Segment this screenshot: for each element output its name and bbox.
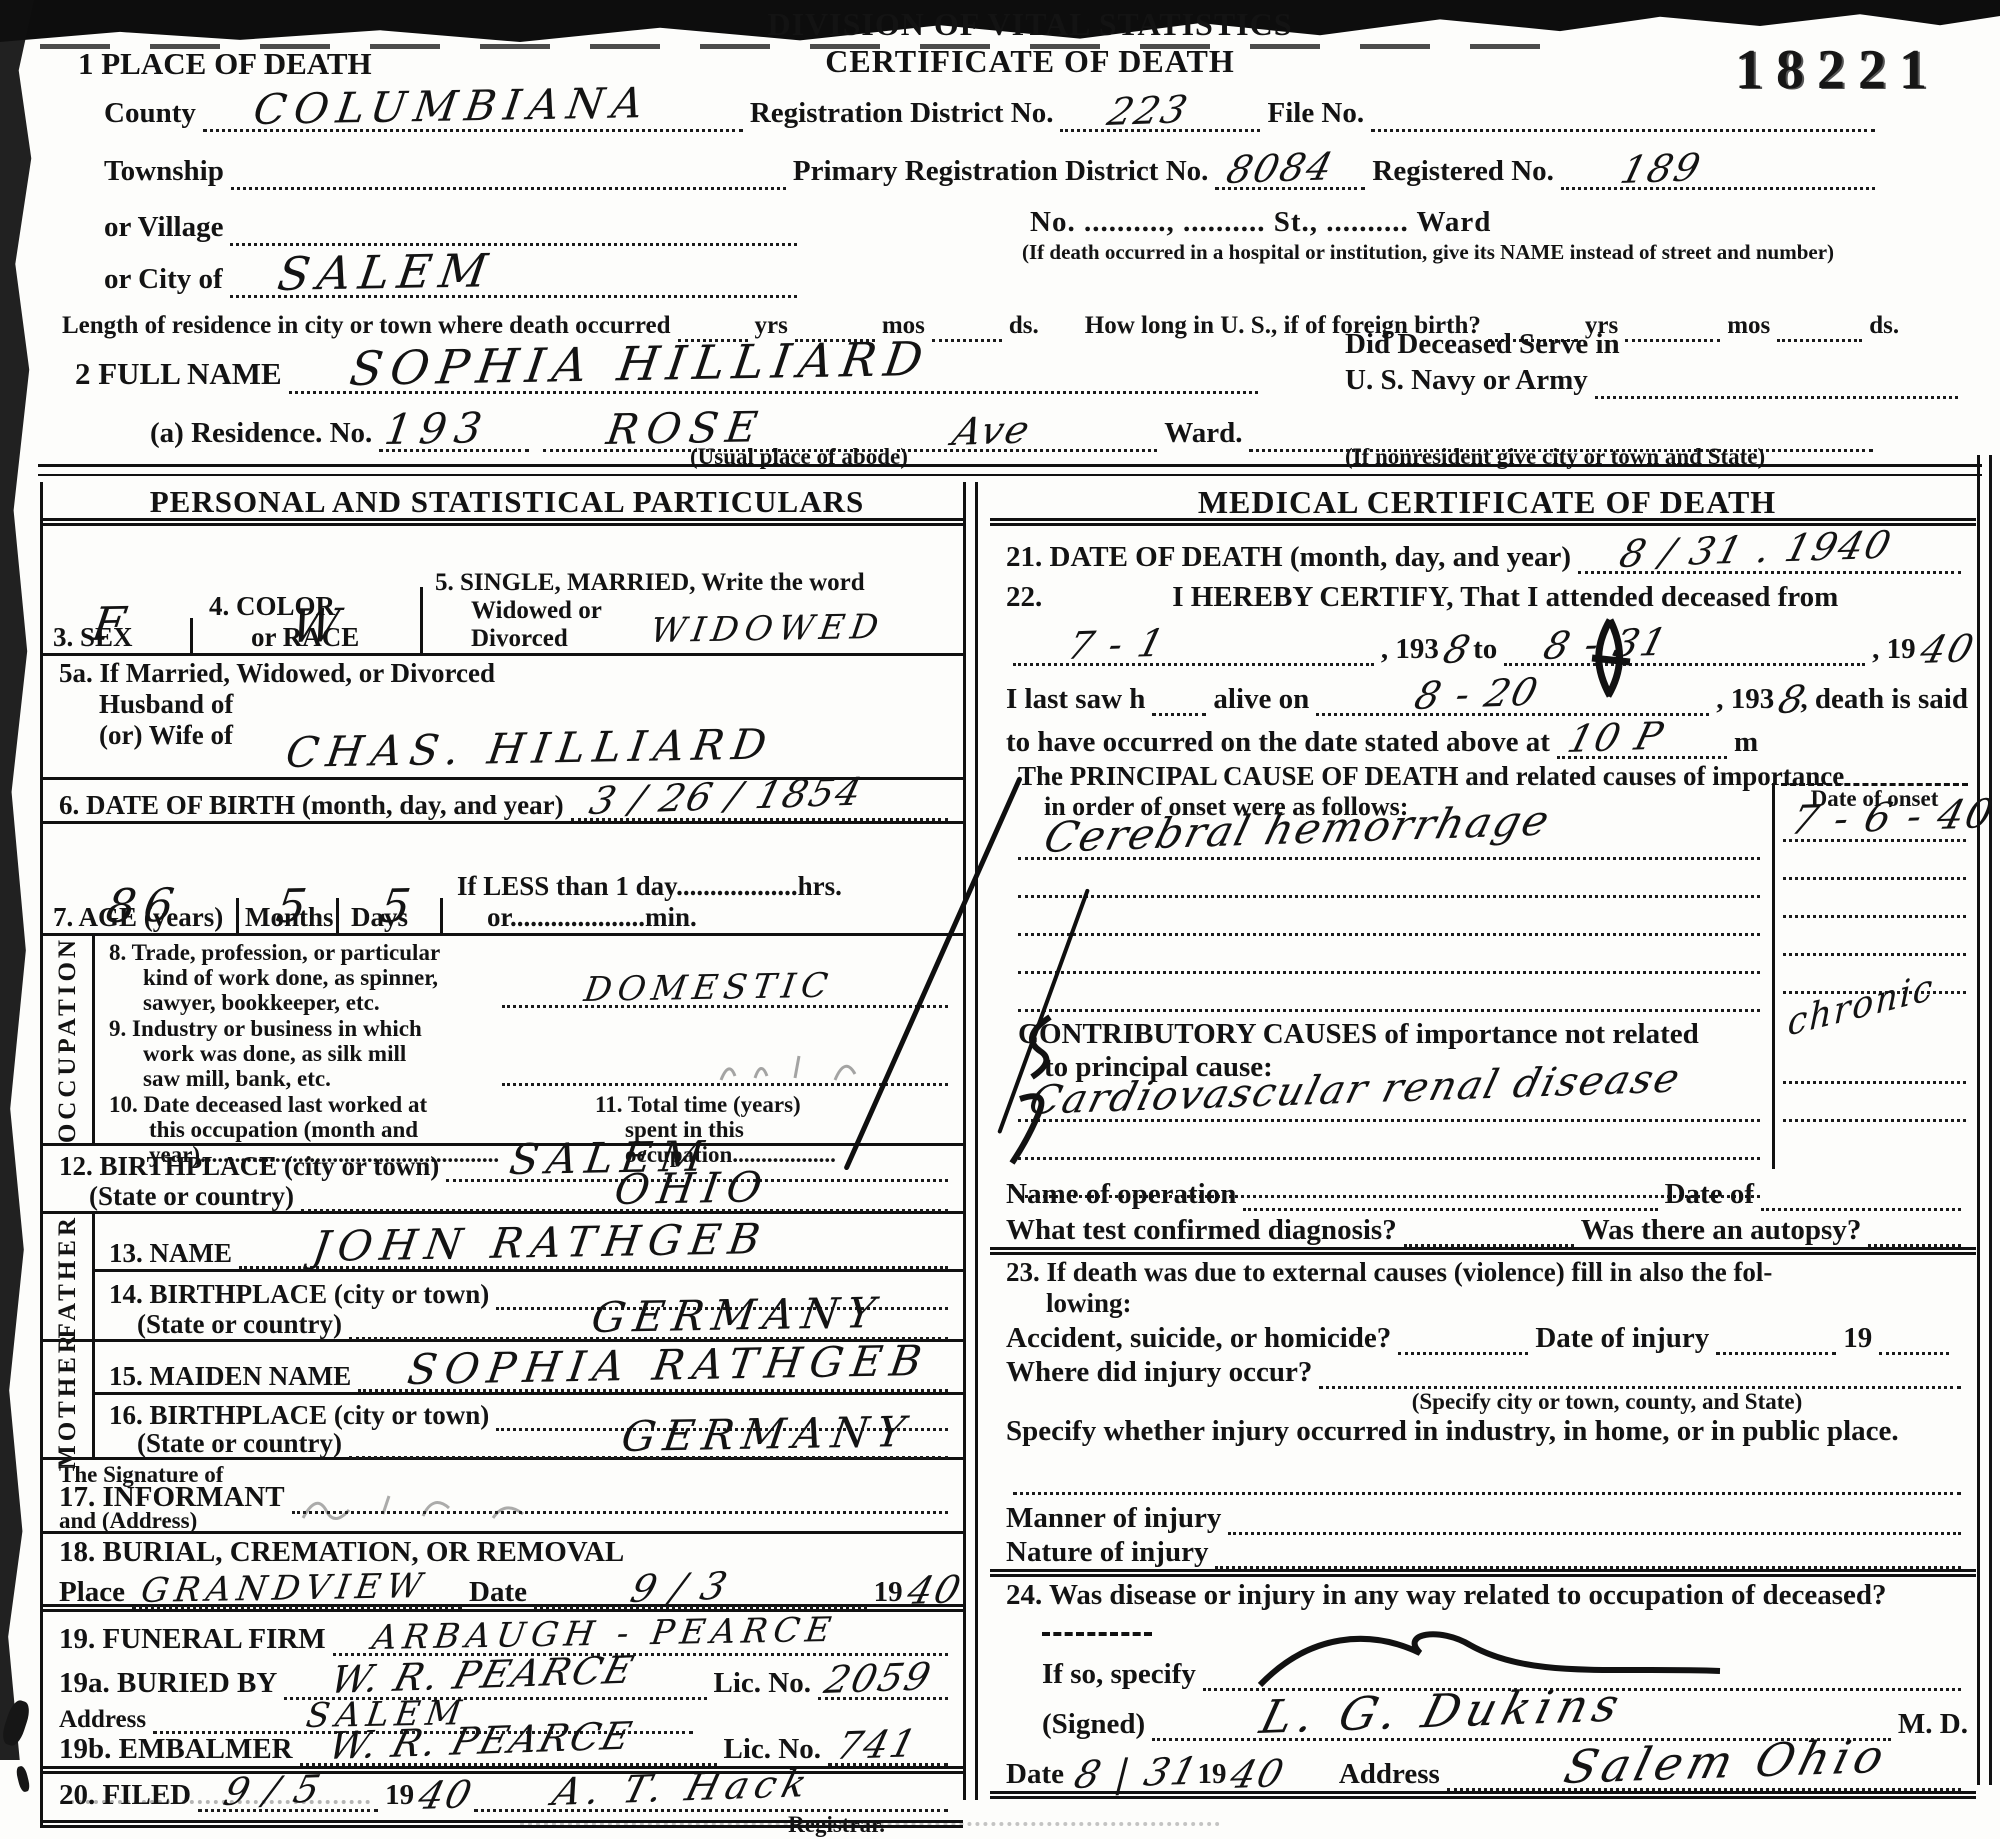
manner-row: Manner of injury: [990, 1495, 1976, 1535]
last-worked-label-2: this occupation (month and: [109, 1117, 499, 1142]
residence-no-value: 193: [382, 407, 492, 451]
date-of-death-label: 21. DATE OF DEATH (month, day, and year): [1006, 541, 1571, 574]
married-label-1: 5a. If Married, Widowed, or Divorced: [59, 658, 955, 689]
occupation-related-row: 24. Was disease or injury in any way rel…: [990, 1577, 1976, 1621]
reg-district-value: 223: [1104, 90, 1193, 131]
sex-color-marital-row: 3. SEX F 4. COLOR or RACE W 5. SINGLE, M…: [43, 526, 963, 656]
county-label: County: [104, 97, 196, 132]
industry-item: 9. Industry or business in which work wa…: [95, 1012, 963, 1090]
attended-from-line: 7 - 1: [1013, 654, 1374, 666]
birthplace-state-line: OHIO: [301, 1200, 948, 1212]
external-causes-block: 23. If death was due to external causes …: [990, 1255, 1976, 1313]
industry-label-1: 9. Industry or business in which: [109, 1016, 963, 1041]
onset-spacer: chronic: [1781, 994, 1968, 1046]
right-column-title: MEDICAL CERTIFICATE OF DEATH: [1006, 484, 1968, 521]
months-value: 5: [273, 878, 318, 933]
city-value: SALEM: [275, 247, 498, 297]
hospital-note: (If death occurred in a hospital or inst…: [1022, 240, 1834, 265]
physician-signature: L. G. Dukins: [1256, 1682, 1629, 1740]
division-title: DIVISION OF VITAL STATISTICS: [570, 6, 1490, 43]
certificate-title: CERTIFICATE OF DEATH: [570, 43, 1490, 80]
mother-bp-state-line: GERMANY: [349, 1447, 948, 1459]
mother-name-line: SOPHIA RATHGEB: [358, 1380, 948, 1392]
dob-value: 3 / 26 / 1854: [586, 773, 867, 820]
where-injury-line: [1319, 1377, 1961, 1389]
reg-district-label: Registration District No.: [750, 97, 1054, 132]
registered-no-label: Registered No.: [1372, 155, 1553, 190]
dob-line: 3 / 26 / 1854: [571, 809, 948, 821]
served-line1: Did Deceased Serve in: [1345, 328, 1965, 361]
mother-name-value: SOPHIA RATHGEB: [405, 1340, 932, 1391]
occupation-related-label: 24. Was disease or injury in any way rel…: [1006, 1579, 1968, 1612]
father-name-row: 13. NAME JOHN RATHGEB: [95, 1214, 963, 1272]
father-birthplace-rows: 14. BIRTHPLACE (city or town) (State or …: [95, 1272, 963, 1340]
short-dash-row: [990, 1621, 1976, 1647]
buried-by-row: 19a. BURIED BY W. R. PEARCE Lic. No. 205…: [43, 1656, 963, 1700]
months-cell: Months 5: [239, 898, 339, 933]
marital-label-1: 5. SINGLE, MARRIED, Write the word: [423, 565, 963, 597]
township-label: Township: [104, 155, 224, 190]
informant-row: The Signature of 17. INFORMANT and (Addr…: [43, 1460, 963, 1534]
county-value: COLUMBIANA: [251, 82, 653, 131]
trade-item: 8. Trade, profession, or particular kind…: [95, 936, 963, 1012]
operation-label: Name of operation: [1006, 1178, 1236, 1211]
served-line: [1595, 384, 1958, 399]
primary-reg-label: Primary Registration District No.: [793, 155, 1209, 190]
manner-label: Manner of injury: [1006, 1502, 1221, 1535]
death-certificate-scan: DIVISION OF VITAL STATISTICS CERTIFICATE…: [0, 0, 2000, 1839]
cause-line-1: Cerebral hemorrhage: [1018, 822, 1760, 860]
township-row: Township Primary Registration District N…: [104, 144, 1882, 190]
buried-by-value: W. R. PEARCE: [327, 1651, 639, 1699]
test-label: What test confirmed diagnosis?: [1006, 1214, 1397, 1247]
days-cell: Days 5: [339, 898, 443, 933]
mother-bp-label: 16. BIRTHPLACE (city or town): [109, 1400, 489, 1431]
last-worked-label-1: 10. Date deceased last worked at: [109, 1092, 499, 1117]
total-time-label-1: 11. Total time (years): [595, 1092, 836, 1117]
signed-address-label: Address: [1339, 1758, 1440, 1791]
father-bp-state-value: GERMANY: [589, 1292, 885, 1339]
embalmer-lic-line: 741: [828, 1754, 948, 1766]
address-label: Address: [59, 1706, 146, 1734]
full-name-row: 2 FULL NAME SOPHIA HILLIARD: [75, 344, 1265, 394]
burial-label: 18. BURIAL, CREMATION, OR REMOVAL: [59, 1536, 955, 1569]
occupation-content: 8. Trade, profession, or particular kind…: [95, 936, 963, 1143]
embalmer-lic-value: 741: [833, 1724, 922, 1765]
injury-date-line: [1716, 1343, 1836, 1355]
attended-to-line: 8 - 31: [1504, 654, 1865, 666]
specify-label: Specify whether injury occurred in indus…: [1006, 1415, 1968, 1448]
village-label: or Village: [104, 211, 223, 246]
left-column-title-row: PERSONAL AND STATISTICAL PARTICULARS: [43, 482, 963, 526]
burial-place-label: Place: [59, 1576, 125, 1609]
filed-label: 20. FILED: [59, 1779, 191, 1812]
accident-label: Accident, suicide, or homicide?: [1006, 1322, 1391, 1355]
buried-by-lic-label: Lic. No.: [714, 1667, 811, 1700]
where-injury-label: Where did injury occur?: [1006, 1356, 1312, 1389]
to-year-handwritten: 40: [1916, 626, 1980, 672]
father-vertical-cell: FATHER: [43, 1214, 95, 1339]
burial-row: 18. BURIAL, CREMATION, OR REMOVAL Place …: [43, 1534, 963, 1612]
date-of-death-row: 21. DATE OF DEATH (month, day, and year)…: [990, 526, 1976, 574]
onset-line-4: [1783, 918, 1966, 956]
certify-block: 22. I HEREBY CERTIFY, That I attended de…: [990, 574, 1976, 759]
specify-row: Specify whether injury occurred in indus…: [990, 1413, 1976, 1455]
date-of-death-line: 8 / 31 . 1940: [1578, 562, 1961, 574]
last-saw-post: , death is said: [1800, 683, 1968, 716]
township-line: [231, 175, 786, 190]
mother-group: MOTHER 15. MAIDEN NAME SOPHIA RATHGEB 16…: [43, 1342, 963, 1460]
village-line: [230, 231, 797, 246]
father-bp-label: 14. BIRTHPLACE (city or town): [109, 1279, 489, 1310]
operation-line: [1243, 1199, 1657, 1211]
cause-of-death-block: The PRINCIPAL CAUSE OF DEATH and related…: [990, 759, 1976, 1169]
burial-year-value: 40: [903, 1567, 967, 1613]
where-injury-block: Where did injury occur? (Specify city or…: [990, 1355, 1976, 1413]
mother-vertical-cell: MOTHER: [43, 1342, 95, 1457]
father-name-label: 13. NAME: [109, 1238, 232, 1269]
nature-label: Nature of injury: [1006, 1536, 1208, 1569]
to-year-printed: , 19: [1872, 633, 1916, 666]
signed-year-pre: 19: [1197, 1758, 1226, 1791]
registrar-signature: A. T. Hack: [549, 1764, 817, 1811]
days-value: 5: [377, 878, 422, 933]
blank-dotted-row: [990, 1455, 1976, 1495]
birthplace-row: 12. BIRTHPLACE (city or town) SALEM (Sta…: [43, 1146, 963, 1214]
filed-date-line: 9 / 5: [198, 1800, 378, 1812]
date-of-onset-column: Date of onset 7 - 6 - 40 chronic: [1772, 783, 1974, 1169]
res-ds-line: [932, 327, 1002, 342]
mother-name-row: 15. MAIDEN NAME SOPHIA RATHGEB: [95, 1342, 963, 1395]
autopsy-line: [1868, 1235, 1961, 1247]
signed-address-value: Salem Ohio: [1560, 1733, 1893, 1790]
section-divider-rule: [38, 464, 1982, 476]
ds-label: ds.: [1009, 312, 1039, 342]
place-of-death-label: 1 PLACE OF DEATH: [78, 46, 372, 82]
signed-label: (Signed): [1006, 1708, 1145, 1741]
if-so-specify-label: If so, specify: [1006, 1658, 1196, 1691]
right-column-title-row: MEDICAL CERTIFICATE OF DEATH: [990, 482, 1976, 526]
buried-by-label: 19a. BURIED BY: [59, 1667, 277, 1700]
left-column-title: PERSONAL AND STATISTICAL PARTICULARS: [59, 484, 955, 520]
occupation-vertical-label: OCCUPATION: [54, 936, 82, 1143]
full-name-line: SOPHIA HILLIARD: [289, 379, 1258, 394]
file-no-line: [1371, 117, 1875, 132]
blank-line: [1013, 1483, 1961, 1495]
embalmer-line: W. R. PEARCE: [300, 1754, 717, 1766]
contributory-line-2: [1018, 1122, 1760, 1160]
primary-reg-value: 8084: [1223, 147, 1338, 189]
injury-year-line: [1879, 1343, 1949, 1355]
residence-no-line: 193: [379, 437, 529, 452]
sex-cell: 3. SEX F: [43, 618, 193, 653]
occupation-group: OCCUPATION 8. Trade, profession, or part…: [43, 936, 963, 1146]
cause-pane: The PRINCIPAL CAUSE OF DEATH and related…: [1006, 761, 1760, 1198]
village-row: or Village: [104, 200, 804, 246]
trade-value: DOMESTIC: [582, 969, 836, 1007]
column-divider: [963, 482, 978, 1800]
signed-date-value: 8 | 31: [1070, 1749, 1204, 1797]
occurred-text: to have occurred on the date stated abov…: [1006, 726, 1550, 759]
mother-vertical-label: MOTHER: [54, 1331, 82, 1469]
mother-birthplace-rows: 16. BIRTHPLACE (city or town) (State or …: [95, 1395, 963, 1459]
city-row: or City of SALEM: [104, 252, 804, 298]
full-name-label: 2 FULL NAME: [75, 356, 282, 394]
ink-blot: [15, 1765, 31, 1793]
age-value: 86: [103, 878, 185, 933]
onset-line-1: 7 - 6 - 40: [1783, 812, 1966, 842]
burial-date-value: 9 / 3: [627, 1567, 733, 1608]
dob-label: 6. DATE OF BIRTH (month, day, and year): [59, 790, 564, 821]
where-injury-note: (Specify city or town, county, and State…: [1006, 1389, 1968, 1415]
full-name-value: SOPHIA HILLIARD: [347, 336, 933, 393]
city-line: SALEM: [230, 283, 797, 298]
mother-name-label: 15. MAIDEN NAME: [109, 1361, 351, 1392]
signed-date-label: Date: [1006, 1758, 1064, 1791]
less-label-1: If LESS than 1 day..................hrs.: [443, 867, 963, 902]
cause-line-3: [1018, 898, 1760, 936]
served-line2-row: U. S. Navy or Army: [1345, 361, 1965, 399]
signed-year-value: 40: [1226, 1751, 1290, 1797]
cause-line-4: [1018, 936, 1760, 974]
occurred-time-value: 10 P: [1564, 717, 1668, 758]
test-autopsy-row: What test confirmed diagnosis? Was there…: [990, 1211, 1976, 1255]
burial-date-line: 9 / 3: [534, 1597, 867, 1609]
external-causes-line1: 23. If death was due to external causes …: [1006, 1257, 1968, 1288]
operation-date-label: Date of: [1665, 1178, 1754, 1211]
spouse-value: CHAS. HILLIARD: [283, 720, 777, 777]
marital-value: WIDOWED: [648, 607, 887, 651]
from-year-printed: , 193: [1381, 633, 1439, 666]
county-row: County COLUMBIANA Registration District …: [104, 86, 1882, 132]
date-of-death-value: 8 / 31 . 1940: [1616, 526, 1897, 573]
father-bp-state-label: (State or country): [109, 1309, 342, 1340]
filed-year-pre: 19: [385, 1779, 414, 1812]
no-st-ward-line: No. .........., .......... St., ........…: [1030, 206, 1491, 239]
ward-label: Ward.: [1164, 417, 1242, 452]
age-cell: 7. AGE (years) 86: [43, 898, 239, 933]
filed-date-value: 9 / 5: [220, 1770, 326, 1811]
nature-row: Nature of injury: [990, 1535, 1976, 1577]
county-line: COLUMBIANA: [203, 117, 743, 132]
registered-no-line: 189: [1561, 175, 1875, 190]
manner-line: [1228, 1523, 1961, 1535]
accident-row: Accident, suicide, or homicide? Date of …: [990, 1313, 1976, 1355]
operation-date-line: [1761, 1199, 1961, 1211]
informant-address-label: and (Address): [59, 1508, 197, 1534]
registered-no-value: 189: [1617, 148, 1706, 189]
onset-value: 7 - 6 - 40: [1787, 794, 1999, 841]
nature-line: [1215, 1557, 1961, 1569]
father-vertical-label: FATHER: [54, 1214, 82, 1338]
registrar-label: Registrar.: [59, 1812, 955, 1838]
certify-item-number: 22.: [1006, 581, 1042, 614]
less-than-day-cell: If LESS than 1 day..................hrs.…: [443, 867, 963, 933]
attended-to-value: 8 - 31: [1540, 623, 1672, 665]
embalmer-row: 19b. EMBALMER W. R. PEARCE Lic. No. 741: [43, 1734, 963, 1774]
mother-bp-state-label: (State or country): [109, 1428, 342, 1459]
mother-bp-state-value: GERMANY: [619, 1411, 915, 1458]
onset-line-2: [1783, 842, 1966, 880]
reg-district-line: 223: [1060, 117, 1260, 132]
contributory-line-1: Cardiovascular renal disease: [1018, 1084, 1760, 1122]
last-saw-gap: [1152, 704, 1206, 716]
occurred-time-line: 10 P: [1557, 747, 1727, 759]
onset-line-6: [1783, 1046, 1966, 1084]
trade-line: DOMESTIC: [502, 996, 948, 1008]
burial-place-line: GRANDVIEW: [132, 1597, 462, 1609]
filed-row: 20. FILED 9 / 5 19 40 A. T. Hack Registr…: [43, 1774, 963, 1828]
embalmer-label: 19b. EMBALMER: [59, 1733, 293, 1766]
injury-19: 19: [1843, 1322, 1872, 1355]
onset-line-3: [1783, 880, 1966, 918]
father-name-value: JOHN RATHGEB: [310, 1218, 770, 1268]
certify-text: I HEREBY CERTIFY, That I attended deceas…: [1172, 581, 1838, 614]
occurred-m: m: [1734, 726, 1758, 759]
last-saw-value: 8 - 20: [1411, 673, 1543, 715]
autopsy-label: Was there an autopsy?: [1581, 1214, 1862, 1247]
burial-date-label: Date: [469, 1576, 527, 1609]
birthplace-state-value: OHIO: [612, 1166, 772, 1211]
funeral-firm-row: 19. FUNERAL FIRM ARBAUGH - PEARCE: [43, 1612, 963, 1656]
industry-label-2: work was done, as silk mill: [109, 1041, 963, 1066]
last-saw-mid: alive on: [1213, 683, 1309, 716]
to-word: to: [1473, 633, 1497, 666]
onset-line-7: [1783, 1084, 1966, 1122]
md-label: M. D.: [1898, 1708, 1968, 1741]
served-line2: U. S. Navy or Army: [1345, 364, 1588, 399]
last-saw-pre: I last saw h: [1006, 683, 1145, 716]
buried-by-lic-value: 2059: [821, 1657, 936, 1699]
buried-by-lic-line: 2059: [818, 1688, 948, 1700]
medical-certificate-column: MEDICAL CERTIFICATE OF DEATH 21. DATE OF…: [990, 482, 1976, 1799]
burial-place-value: GRANDVIEW: [139, 1569, 430, 1608]
operation-row: Name of operation Date of: [990, 1169, 1976, 1211]
burial-year-pre: 19: [874, 1576, 903, 1609]
primary-reg-line: 8084: [1215, 175, 1365, 190]
principal-cause-header-1: The PRINCIPAL CAUSE OF DEATH and related…: [1018, 761, 1760, 792]
signed-address-line: Salem Ohio: [1447, 1779, 1961, 1791]
torn-left-edge: [0, 0, 34, 1760]
registrar-signature-line: A. T. Hack: [474, 1800, 949, 1812]
father-name-line: JOHN RATHGEB: [239, 1257, 948, 1269]
informant-line: [292, 1502, 948, 1514]
trade-label-1: 8. Trade, profession, or particular: [109, 940, 963, 965]
color-value: W: [288, 598, 351, 653]
residence-ave-value: Ave: [949, 410, 1035, 451]
embalmer-value: W. R. PEARCE: [325, 1717, 637, 1765]
form-header: DIVISION OF VITAL STATISTICS CERTIFICATE…: [570, 6, 1490, 80]
city-label: or City of: [104, 263, 223, 298]
sex-value: F: [89, 596, 137, 651]
signed-date-address-row: Date 8 | 31 19 40 Address Salem Ohio: [990, 1741, 1976, 1799]
cause-line-5: [1018, 974, 1760, 1012]
residence-label: (a) Residence. No.: [150, 417, 372, 452]
attended-from-value: 7 - 1: [1064, 624, 1170, 665]
married-label-2: Husband of: [59, 689, 955, 720]
birthplace-state-label: (State or country): [59, 1181, 294, 1212]
injury-date-label: Date of injury: [1535, 1322, 1709, 1355]
personal-particulars-column: PERSONAL AND STATISTICAL PARTICULARS 3. …: [40, 482, 963, 1828]
right-edge-lines: [1977, 455, 1992, 1785]
accident-line: [1398, 1343, 1528, 1355]
file-no-label: File No.: [1267, 97, 1364, 132]
dob-row: 6. DATE OF BIRTH (month, day, and year) …: [43, 780, 963, 824]
color-cell: 4. COLOR or RACE W: [193, 587, 423, 653]
occupation-vertical-cell: OCCUPATION: [43, 936, 95, 1143]
cause-line-2: [1018, 860, 1760, 898]
father-group: FATHER 13. NAME JOHN RATHGEB 14. BIRTHPL…: [43, 1214, 963, 1342]
funeral-firm-label: 19. FUNERAL FIRM: [59, 1623, 326, 1656]
birthplace-label: 12. BIRTHPLACE (city or town): [59, 1151, 439, 1182]
age-row: 7. AGE (years) 86 Months 5 Days 5 If LES…: [43, 824, 963, 936]
contributory-header-1: CONTRIBUTORY CAUSES of importance not re…: [1018, 1018, 1760, 1051]
service-block: Did Deceased Serve in U. S. Navy or Army: [1345, 328, 1965, 399]
marital-cell: 5. SINGLE, MARRIED, Write the word Widow…: [423, 565, 963, 653]
last-saw-year-printed: , 193: [1716, 683, 1774, 716]
test-line: [1404, 1235, 1574, 1247]
less-label-2: or....................min.: [443, 902, 963, 933]
residence-ave-line: Ave: [897, 437, 1157, 452]
spouse-row: 5a. If Married, Widowed, or Divorced Hus…: [43, 656, 963, 780]
short-dashes: [1042, 1632, 1152, 1636]
